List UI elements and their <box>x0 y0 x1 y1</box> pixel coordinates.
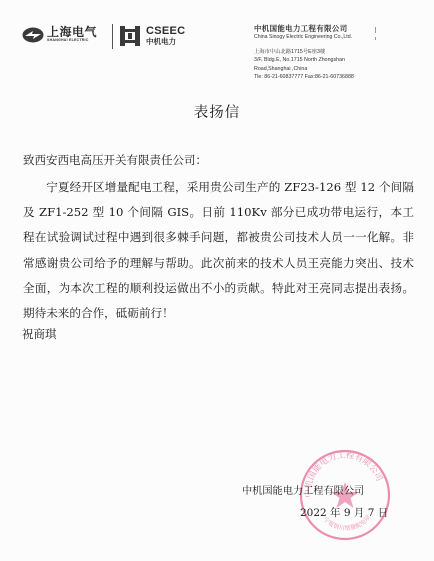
letter-date: 2022 年 9 月 7 日 <box>300 505 388 520</box>
address-cn: 上海市中山北路1715号E座3楼 <box>254 48 354 56</box>
signoff: 祝商琪 <box>22 326 57 342</box>
company-name-en: China Sinogy Electric Engineering Co.,Lt… <box>254 34 354 41</box>
letter-title: 表扬信 <box>0 101 434 122</box>
shanghai-electric-emblem-icon <box>22 27 44 43</box>
cseec-en: CSEEC <box>146 26 185 37</box>
signer-company: 中机国能电力工程有限公司 <box>242 482 364 497</box>
edge-mark <box>375 27 376 33</box>
shanghai-electric-logo: 上海电气 SHANGHAI ELECTRIC <box>22 26 97 43</box>
address-en-line2: Road,Shanghai ,China <box>254 65 354 73</box>
company-letterhead: 中机国能电力工程有限公司 China Sinogy Electric Engin… <box>254 24 354 81</box>
cseec-logo: CSEEC 中机电力 <box>119 24 185 48</box>
contact-phone-fax: Tle: 86-21-60837777 Fax:86-21-60736888 <box>254 73 354 81</box>
salutation: 致西安西电高压开关有限责任公司： <box>23 152 207 168</box>
letter-body: 宁夏经开区增量配电工程，采用贵公司生产的 ZF23-126 型 12 个间隔及 … <box>23 175 414 326</box>
cseec-emblem-icon <box>119 24 141 48</box>
company-name-cn: 中机国能电力工程有限公司 <box>254 24 354 34</box>
logo-divider <box>112 24 113 49</box>
letter-page: 上海电气 SHANGHAI ELECTRIC CSEEC 中机电力 中机国能电力… <box>0 0 434 561</box>
address-en-line1: 3/F, Bldg.E, No.1715 North Zhongshan <box>254 56 354 64</box>
shanghai-electric-en: SHANGHAI ELECTRIC <box>47 38 97 43</box>
edge-mark <box>375 37 376 40</box>
shanghai-electric-cn: 上海电气 <box>47 26 97 38</box>
cseec-cn: 中机电力 <box>146 37 185 47</box>
